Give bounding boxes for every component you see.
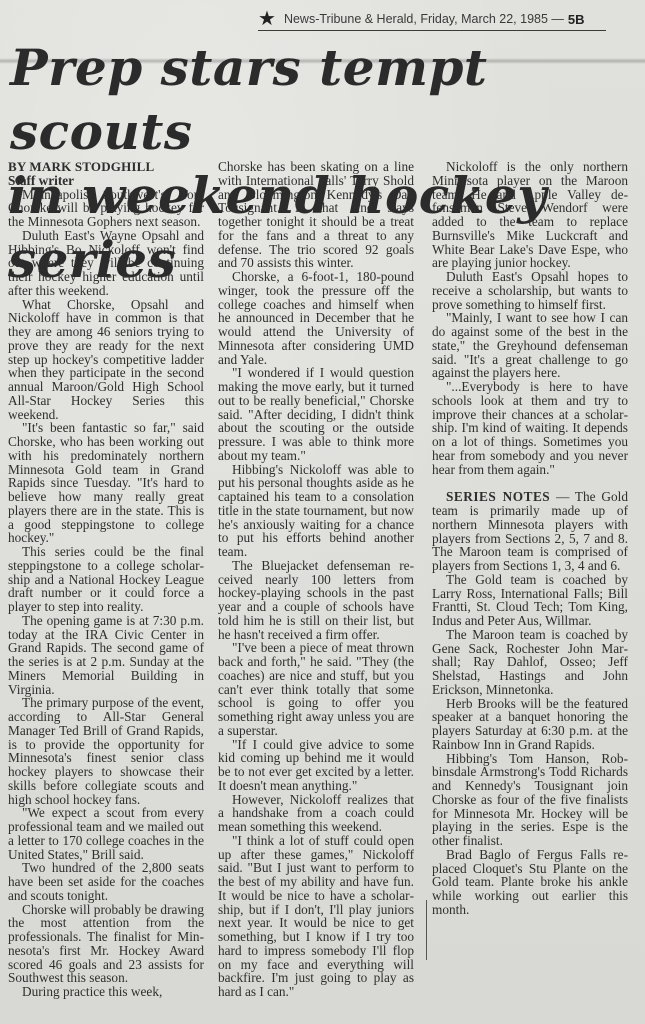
paragraph: Two hundred of the 2,800 seats have been… <box>8 861 204 902</box>
paragraph: Chorske has been skating on a line with … <box>218 160 414 270</box>
paragraph: "I wondered if I would question making t… <box>218 366 414 462</box>
page-number: 5B <box>568 12 585 27</box>
newspaper-page: ★ News-Tribune & Herald, Friday, March 2… <box>0 0 645 1024</box>
paragraph: The Bluejacket defenseman re­ceived near… <box>218 559 414 642</box>
paragraph: Nickoloff is the only northern Minnesota… <box>432 160 628 270</box>
article-column-1: BY MARK STODGHILL Staff writer Minneapol… <box>8 160 204 999</box>
series-notes-label: SERIES NOTES <box>446 489 550 504</box>
folio-text: News-Tribune & Herald, Friday, March 22,… <box>284 12 564 26</box>
paragraph: "Mainly, I want to see how I can do agai… <box>432 311 628 380</box>
paragraph: Hibbing's Tom Hanson, Rob­binsdale Armst… <box>432 752 628 848</box>
article-column-2: Chorske has been skating on a line with … <box>218 160 414 999</box>
paragraph: Duluth East's Wayne Opsahl and Hibbing's… <box>8 229 204 298</box>
paragraph: Chorske, a 6-foot-1, 180-pound winger, t… <box>218 270 414 366</box>
paragraph: "...Everybody is here to have schools lo… <box>432 380 628 476</box>
paragraph: Brad Baglo of Fergus Falls re­placed Clo… <box>432 848 628 917</box>
paragraph: The primary purpose of the event, accord… <box>8 696 204 806</box>
paragraph: "It's been fantastic so far," said Chors… <box>8 421 204 545</box>
paragraph: "I've been a piece of meat thrown back a… <box>218 641 414 737</box>
paragraph: However, Nickoloff realizes that a hands… <box>218 793 414 834</box>
series-notes-lead: SERIES NOTES — The Gold team is primaril… <box>432 490 628 573</box>
paragraph: Chorske will probably be draw­ing the mo… <box>8 903 204 986</box>
paragraph: "I think a lot of stuff could open up af… <box>218 834 414 999</box>
byline-title: Staff writer <box>8 174 204 188</box>
star-icon: ★ <box>258 9 276 29</box>
paragraph: Duluth East's Opsahl hopes to receive a … <box>432 270 628 311</box>
paragraph: Minneapolis Southwest's Tom Chorske will… <box>8 188 204 229</box>
headline-line-1: Prep stars tempt scouts <box>8 36 638 164</box>
column-rule <box>426 900 427 960</box>
paragraph: "We expect a scout from every profession… <box>8 806 204 861</box>
paragraph: "If I could give advice to some kid comi… <box>218 738 414 793</box>
paragraph: Hibbing's Nickoloff was able to put his … <box>218 463 414 559</box>
paragraph: The Gold team is coached by Larry Ross, … <box>432 573 628 628</box>
byline-author: BY MARK STODGHILL <box>8 160 204 174</box>
article-column-3: Nickoloff is the only northern Minnesota… <box>432 160 628 917</box>
paragraph: During practice this week, <box>8 985 204 999</box>
paragraph: This series could be the final steppings… <box>8 545 204 614</box>
paragraph: The opening game is at 7:30 p.m. today a… <box>8 614 204 697</box>
paragraph: What Chorske, Opsahl and Nickoloff have … <box>8 298 204 422</box>
folio-line: ★ News-Tribune & Herald, Friday, March 2… <box>258 8 606 31</box>
paragraph: The Maroon team is coached by Gene Sack,… <box>432 628 628 697</box>
paragraph: Herb Brooks will be the fea­tured speake… <box>432 697 628 752</box>
section-gap <box>432 476 628 490</box>
